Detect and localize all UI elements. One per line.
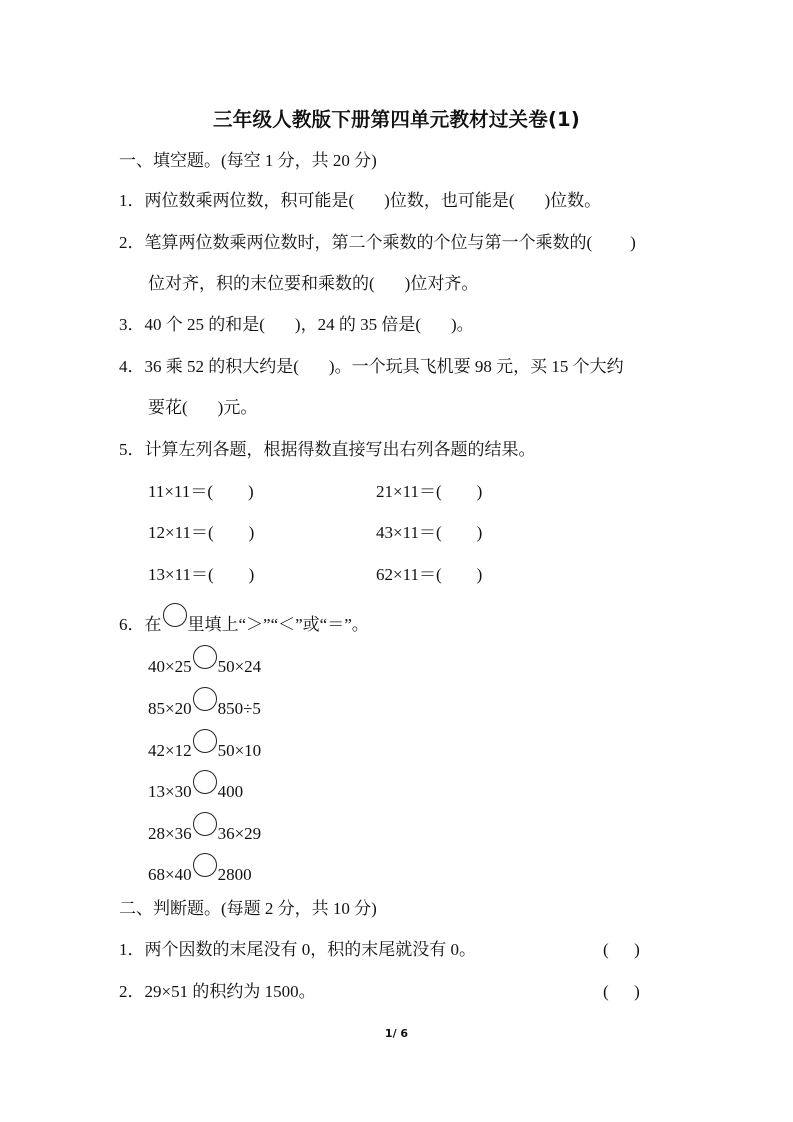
question-2: 2．笔算两位数乘两位数时，第二个乘数的个位与第一个乘数的() (119, 232, 636, 254)
calc-left-2: 12×11＝() (148, 522, 254, 544)
question-6: 6．在里填上“＞”“＜”或“＝”。 (119, 609, 369, 636)
calc-left-3: 13×11＝() (148, 564, 254, 586)
question-1: 1．两位数乘两位数，积可能是()位数，也可能是()位数。 (119, 190, 601, 212)
question-number: 1． (119, 191, 145, 210)
calc-right-1: 21×11＝() (376, 481, 482, 503)
question-number: 4． (119, 357, 145, 376)
compare-circle[interactable] (193, 812, 217, 836)
bracket-close: ) (249, 565, 255, 584)
question-5: 5．计算左列各题，根据得数直接写出右列各题的结果。 (119, 439, 536, 461)
compare-circle[interactable] (193, 687, 217, 711)
page-number: 1/ 6 (0, 1027, 793, 1040)
expression-right: 400 (218, 782, 244, 801)
question-number: 3． (119, 315, 145, 334)
expression: 62×11＝( (376, 565, 442, 584)
question-text: 笔算两位数乘两位数时，第二个乘数的个位与第一个乘数的( (145, 233, 593, 252)
expression: 11×11＝( (148, 482, 213, 501)
expression-left: 40×25 (148, 657, 192, 676)
question-text: )位数。 (545, 191, 602, 210)
expression-left: 42×12 (148, 741, 192, 760)
question-text: )，24 的 35 倍是( (295, 315, 421, 334)
bracket-close: ) (477, 482, 483, 501)
question-text: 位对齐，积的末位要和乘数的( (148, 274, 375, 293)
expression-right: 50×10 (218, 741, 262, 760)
worksheet-page: 三年级人教版下册第四单元教材过关卷(1) 一、填空题。(每空 1 分，共 20 … (0, 0, 793, 1122)
question-text: )元。 (218, 398, 258, 417)
expression-left: 28×36 (148, 824, 192, 843)
question-number: 6． (119, 615, 145, 634)
compare-item-4: 13×30400 (148, 776, 243, 803)
calc-right-2: 43×11＝() (376, 522, 482, 544)
section2-heading: 二、判断题。(每题 2 分，共 10 分) (119, 898, 377, 920)
bracket-close: ) (249, 523, 255, 542)
compare-circle[interactable] (193, 853, 217, 877)
expression: 43×11＝( (376, 523, 442, 542)
question-text: 两个因数的末尾没有 0，积的末尾就没有 0。 (145, 940, 477, 959)
judge-bracket[interactable]: ( ) (603, 981, 640, 1003)
expression: 12×11＝( (148, 523, 214, 542)
question-number: 2． (119, 982, 145, 1001)
question-text: 29×51 的积约为 1500。 (145, 982, 316, 1001)
compare-item-6: 68×402800 (148, 859, 252, 886)
question-number: 5． (119, 440, 145, 459)
question-text: 40 个 25 的和是( (145, 315, 265, 334)
bracket-close: ) (248, 482, 254, 501)
expression: 21×11＝( (376, 482, 442, 501)
compare-item-3: 42×1250×10 (148, 735, 261, 762)
compare-item-1: 40×2550×24 (148, 651, 261, 678)
expression: 13×11＝( (148, 565, 214, 584)
question-text: 两位数乘两位数，积可能是( (145, 191, 355, 210)
circle-icon (163, 603, 187, 627)
compare-circle[interactable] (193, 770, 217, 794)
judge-item-2: 2．29×51 的积约为 1500。 (119, 981, 316, 1003)
calc-right-3: 62×11＝() (376, 564, 482, 586)
expression-right: 850÷5 (218, 699, 261, 718)
expression-right: 50×24 (218, 657, 262, 676)
compare-circle[interactable] (193, 645, 217, 669)
question-text: )。 (451, 315, 474, 334)
bracket-close: ) (477, 565, 483, 584)
judge-bracket[interactable]: ( ) (603, 939, 640, 961)
question-text: ) (630, 233, 636, 252)
question-text: )。一个玩具飞机要 98 元，买 15 个大约 (329, 357, 624, 376)
expression-right: 2800 (218, 865, 252, 884)
question-3: 3．40 个 25 的和是()，24 的 35 倍是()。 (119, 314, 474, 336)
expression-left: 68×40 (148, 865, 192, 884)
compare-item-5: 28×3636×29 (148, 818, 261, 845)
question-text: 36 乘 52 的积大约是( (145, 357, 299, 376)
question-text: )位数，也可能是( (384, 191, 514, 210)
expression-left: 13×30 (148, 782, 192, 801)
compare-circle[interactable] (193, 729, 217, 753)
question-4-line-2: 要花()元。 (148, 397, 257, 419)
expression-left: 85×20 (148, 699, 192, 718)
bracket-close: ) (477, 523, 483, 542)
question-text: )位对齐。 (405, 274, 479, 293)
question-text: 在 (145, 615, 162, 634)
section1-heading: 一、填空题。(每空 1 分，共 20 分) (119, 150, 377, 172)
question-text: 要花( (148, 398, 188, 417)
calc-left-1: 11×11＝() (148, 481, 254, 503)
expression-right: 36×29 (218, 824, 262, 843)
question-4: 4．36 乘 52 的积大约是()。一个玩具飞机要 98 元，买 15 个大约 (119, 356, 624, 378)
question-2-line-2: 位对齐，积的末位要和乘数的()位对齐。 (148, 273, 478, 295)
question-text: 计算左列各题，根据得数直接写出右列各题的结果。 (145, 440, 536, 459)
question-number: 1． (119, 940, 145, 959)
question-number: 2． (119, 233, 145, 252)
page-title: 三年级人教版下册第四单元教材过关卷(1) (0, 104, 793, 132)
judge-item-1: 1．两个因数的末尾没有 0，积的末尾就没有 0。 (119, 939, 476, 961)
question-text: 里填上“＞”“＜”或“＝”。 (188, 615, 369, 634)
compare-item-2: 85×20850÷5 (148, 693, 261, 720)
